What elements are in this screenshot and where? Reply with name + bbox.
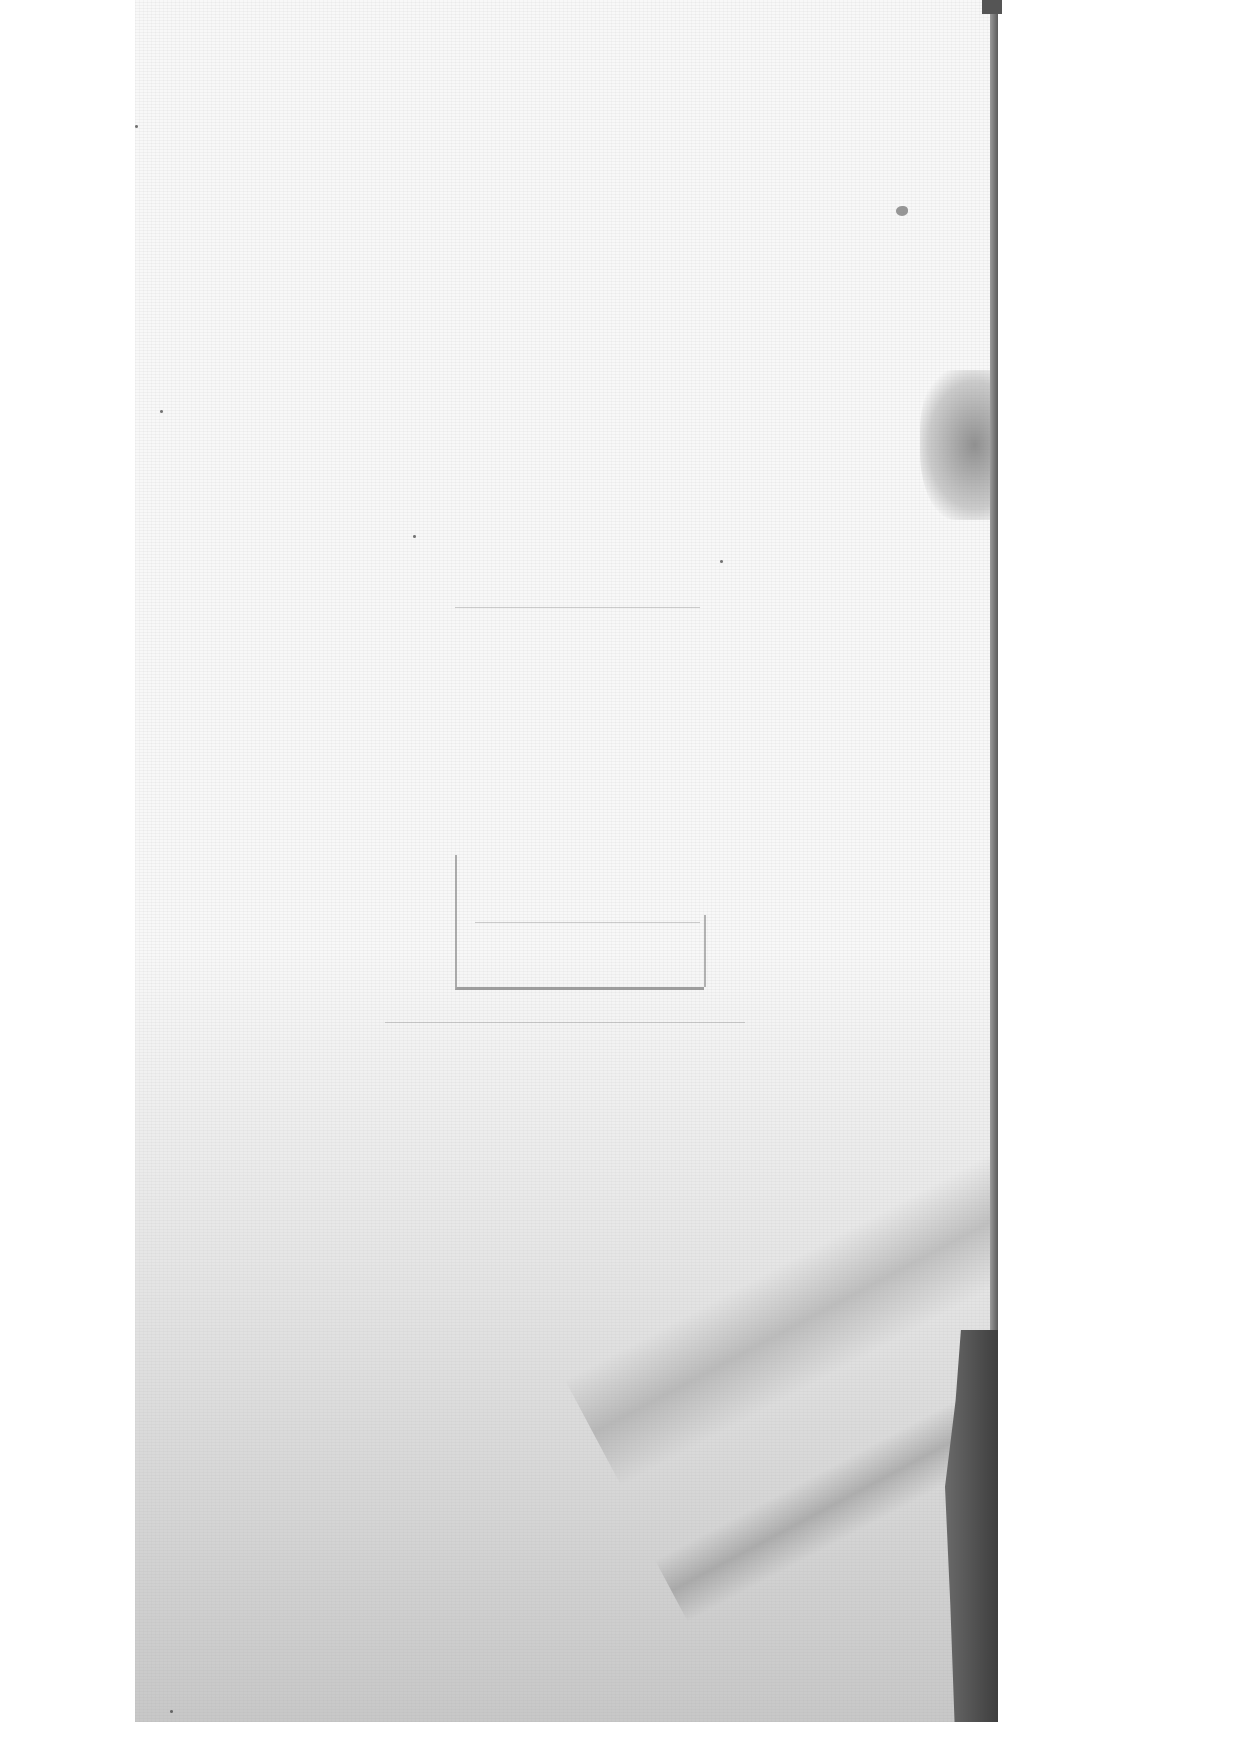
speck bbox=[413, 535, 416, 538]
label-box-outline bbox=[455, 855, 704, 990]
label-box-right-edge bbox=[704, 915, 706, 987]
speck bbox=[720, 560, 723, 563]
scanned-blank-page bbox=[135, 0, 997, 1722]
bleed-through-rule bbox=[385, 1022, 745, 1023]
speck bbox=[170, 1710, 173, 1713]
edge-stain bbox=[920, 370, 998, 520]
bleed-through-rule bbox=[455, 607, 700, 608]
speck bbox=[160, 410, 163, 413]
binding-corner bbox=[982, 0, 1002, 14]
speck bbox=[135, 125, 138, 128]
ink-blot bbox=[896, 206, 908, 216]
